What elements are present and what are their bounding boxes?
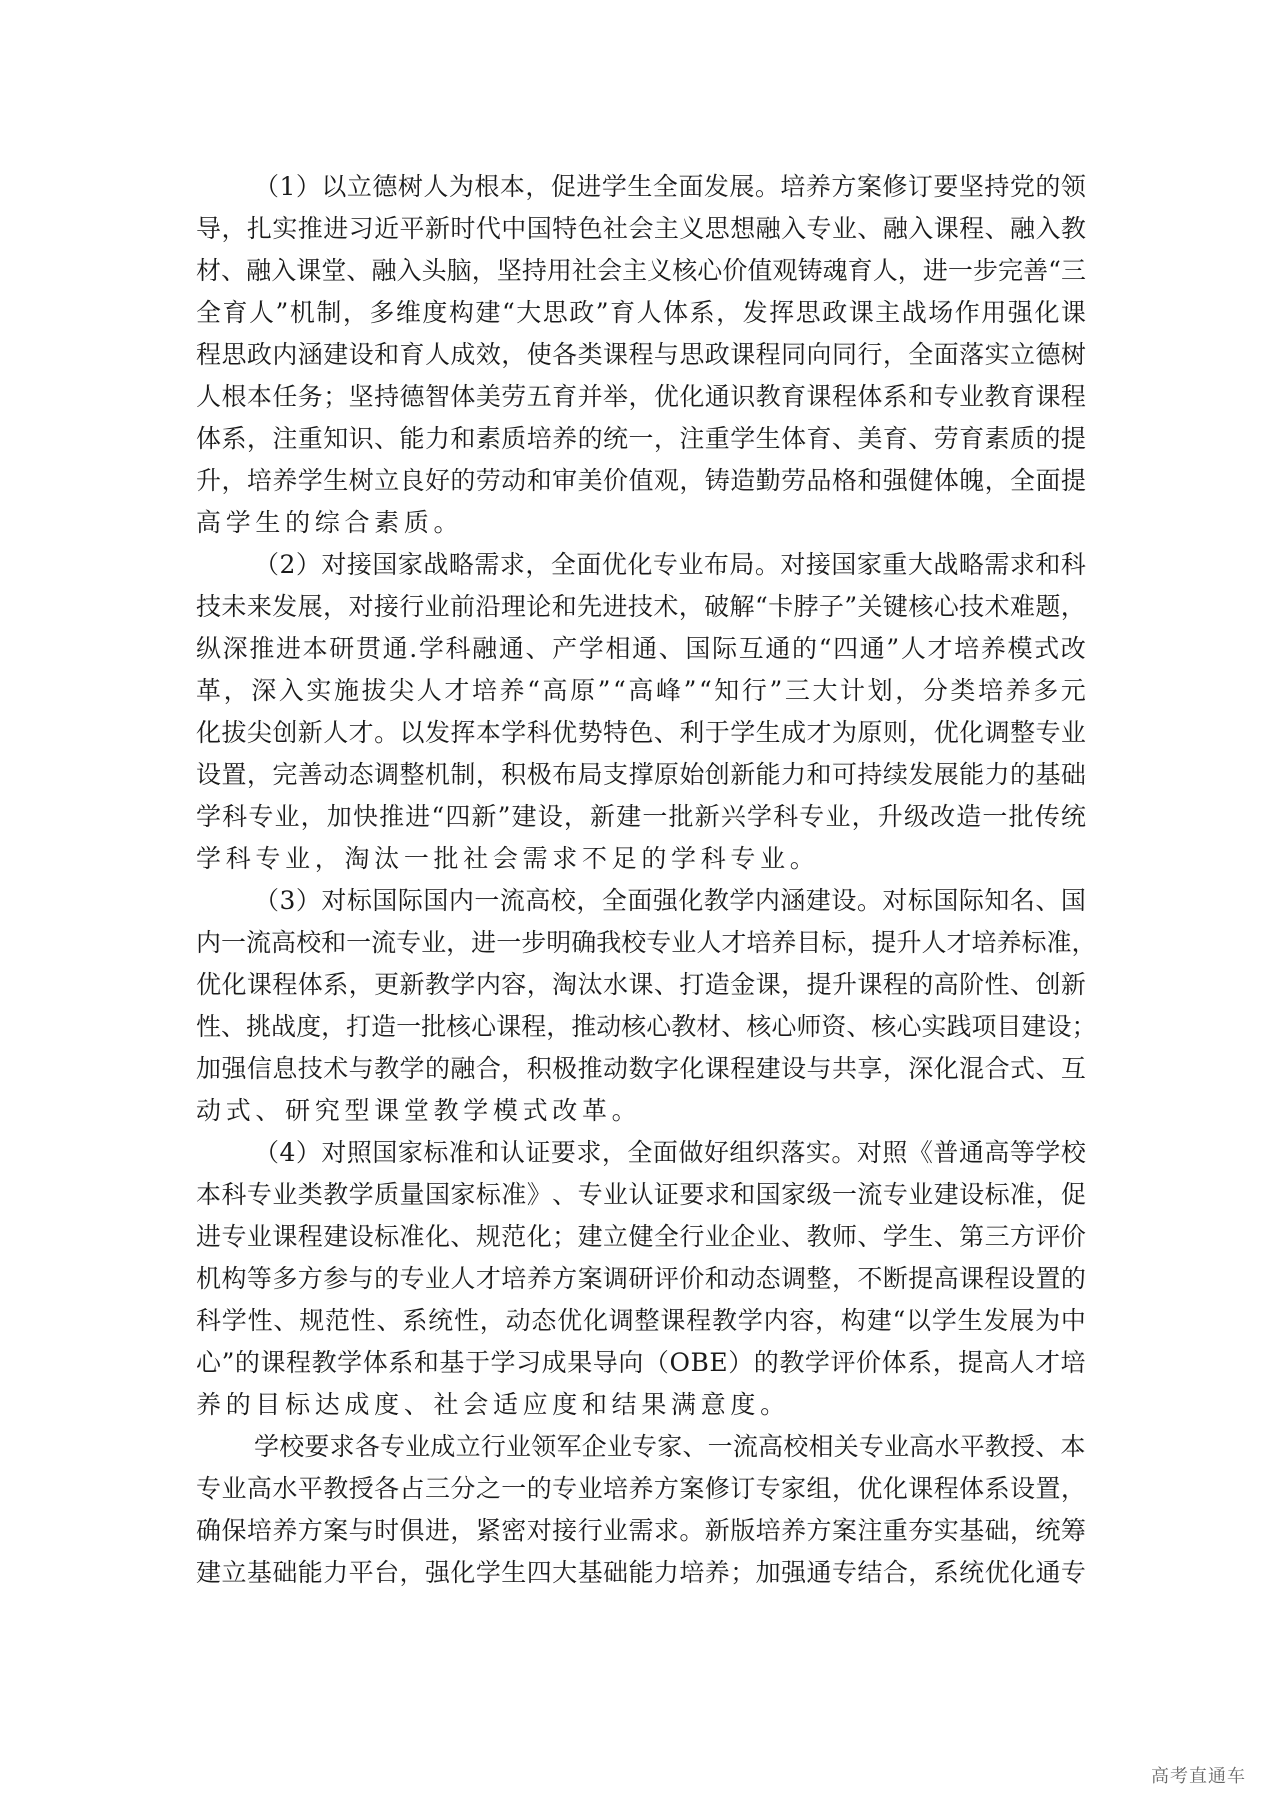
text-line: 体系，注重知识、能力和素质培养的统一，注重学生体育、美育、劳育素质的提 bbox=[196, 418, 1086, 460]
text-line: 学科专业，淘汰一批社会需求不足的学科专业。 bbox=[196, 838, 1086, 880]
text-line: 加强信息技术与教学的融合，积极推动数字化课程建设与共享，深化混合式、互 bbox=[196, 1048, 1086, 1090]
text-line: 优化课程体系，更新教学内容，淘汰水课、打造金课，提升课程的高阶性、创新 bbox=[196, 964, 1086, 1006]
text-line: 学校要求各专业成立行业领军企业专家、一流高校相关专业高水平教授、本 bbox=[196, 1426, 1086, 1468]
text-line: （3）对标国际国内一流高校，全面强化教学内涵建设。对标国际知名、国 bbox=[196, 880, 1086, 922]
text-line: 本科专业类教学质量国家标准》、专业认证要求和国家级一流专业建设标准，促 bbox=[196, 1174, 1086, 1216]
text-line: 内一流高校和一流专业，进一步明确我校专业人才培养目标，提升人才培养标准， bbox=[196, 922, 1086, 964]
text-line: 纵深推进本研贯通.学科融通、产学相通、国际互通的“四通”人才培养模式改 bbox=[196, 628, 1086, 670]
text-line: 革，深入实施拔尖人才培养“高原”“高峰”“知行”三大计划，分类培养多元 bbox=[196, 670, 1086, 712]
text-line: 专业高水平教授各占三分之一的专业培养方案修订专家组，优化课程体系设置， bbox=[196, 1468, 1086, 1510]
text-line: 程思政内涵建设和育人成效，使各类课程与思政课程同向同行，全面落实立德树 bbox=[196, 334, 1086, 376]
text-line: 高学生的综合素质。 bbox=[196, 502, 1086, 544]
text-line: 养的目标达成度、社会适应度和结果满意度。 bbox=[196, 1384, 1086, 1426]
text-line: 机构等多方参与的专业人才培养方案调研评价和动态调整，不断提高课程设置的 bbox=[196, 1258, 1086, 1300]
text-line: 心”的课程教学体系和基于学习成果导向（OBE）的教学评价体系，提高人才培 bbox=[196, 1342, 1086, 1384]
text-line: 材、融入课堂、融入头脑，坚持用社会主义核心价值观铸魂育人，进一步完善“三 bbox=[196, 250, 1086, 292]
text-line: 进专业课程建设标准化、规范化；建立健全行业企业、教师、学生、第三方评价 bbox=[196, 1216, 1086, 1258]
paragraph: （1）以立德树人为根本，促进学生全面发展。培养方案修订要坚持党的领导，扎实推进习… bbox=[196, 166, 1086, 544]
text-line: （2）对接国家战略需求，全面优化专业布局。对接国家重大战略需求和科 bbox=[196, 544, 1086, 586]
text-line: 设置，完善动态调整机制，积极布局支撑原始创新能力和可持续发展能力的基础 bbox=[196, 754, 1086, 796]
text-line: 全育人”机制，多维度构建“大思政”育人体系，发挥思政课主战场作用强化课 bbox=[196, 292, 1086, 334]
paragraph: （3）对标国际国内一流高校，全面强化教学内涵建设。对标国际知名、国内一流高校和一… bbox=[196, 880, 1086, 1132]
text-line: 升，培养学生树立良好的劳动和审美价值观，铸造勤劳品格和强健体魄，全面提 bbox=[196, 460, 1086, 502]
paragraph: （4）对照国家标准和认证要求，全面做好组织落实。对照《普通高等学校本科专业类教学… bbox=[196, 1132, 1086, 1426]
text-line: 动式、研究型课堂教学模式改革。 bbox=[196, 1090, 1086, 1132]
paragraph: 学校要求各专业成立行业领军企业专家、一流高校相关专业高水平教授、本专业高水平教授… bbox=[196, 1426, 1086, 1594]
text-line: 性、挑战度，打造一批核心课程，推动核心教材、核心师资、核心实践项目建设； bbox=[196, 1006, 1086, 1048]
paragraph: （2）对接国家战略需求，全面优化专业布局。对接国家重大战略需求和科技未来发展，对… bbox=[196, 544, 1086, 880]
text-line: 建立基础能力平台，强化学生四大基础能力培养；加强通专结合，系统优化通专 bbox=[196, 1552, 1086, 1594]
text-line: 技未来发展，对接行业前沿理论和先进技术，破解“卡脖子”关键核心技术难题， bbox=[196, 586, 1086, 628]
text-line: 化拔尖创新人才。以发挥本学科优势特色、利于学生成才为原则，优化调整专业 bbox=[196, 712, 1086, 754]
document-page: （1）以立德树人为根本，促进学生全面发展。培养方案修订要坚持党的领导，扎实推进习… bbox=[196, 166, 1086, 1594]
text-line: （4）对照国家标准和认证要求，全面做好组织落实。对照《普通高等学校 bbox=[196, 1132, 1086, 1174]
text-line: （1）以立德树人为根本，促进学生全面发展。培养方案修订要坚持党的领 bbox=[196, 166, 1086, 208]
text-line: 人根本任务；坚持德智体美劳五育并举，优化通识教育课程体系和专业教育课程 bbox=[196, 376, 1086, 418]
watermark-label: 高考直通车 bbox=[1151, 1762, 1246, 1788]
text-line: 确保培养方案与时俱进，紧密对接行业需求。新版培养方案注重夯实基础，统筹 bbox=[196, 1510, 1086, 1552]
text-line: 学科专业，加快推进“四新”建设，新建一批新兴学科专业，升级改造一批传统 bbox=[196, 796, 1086, 838]
text-line: 科学性、规范性、系统性，动态优化调整课程教学内容，构建“以学生发展为中 bbox=[196, 1300, 1086, 1342]
text-line: 导，扎实推进习近平新时代中国特色社会主义思想融入专业、融入课程、融入教 bbox=[196, 208, 1086, 250]
